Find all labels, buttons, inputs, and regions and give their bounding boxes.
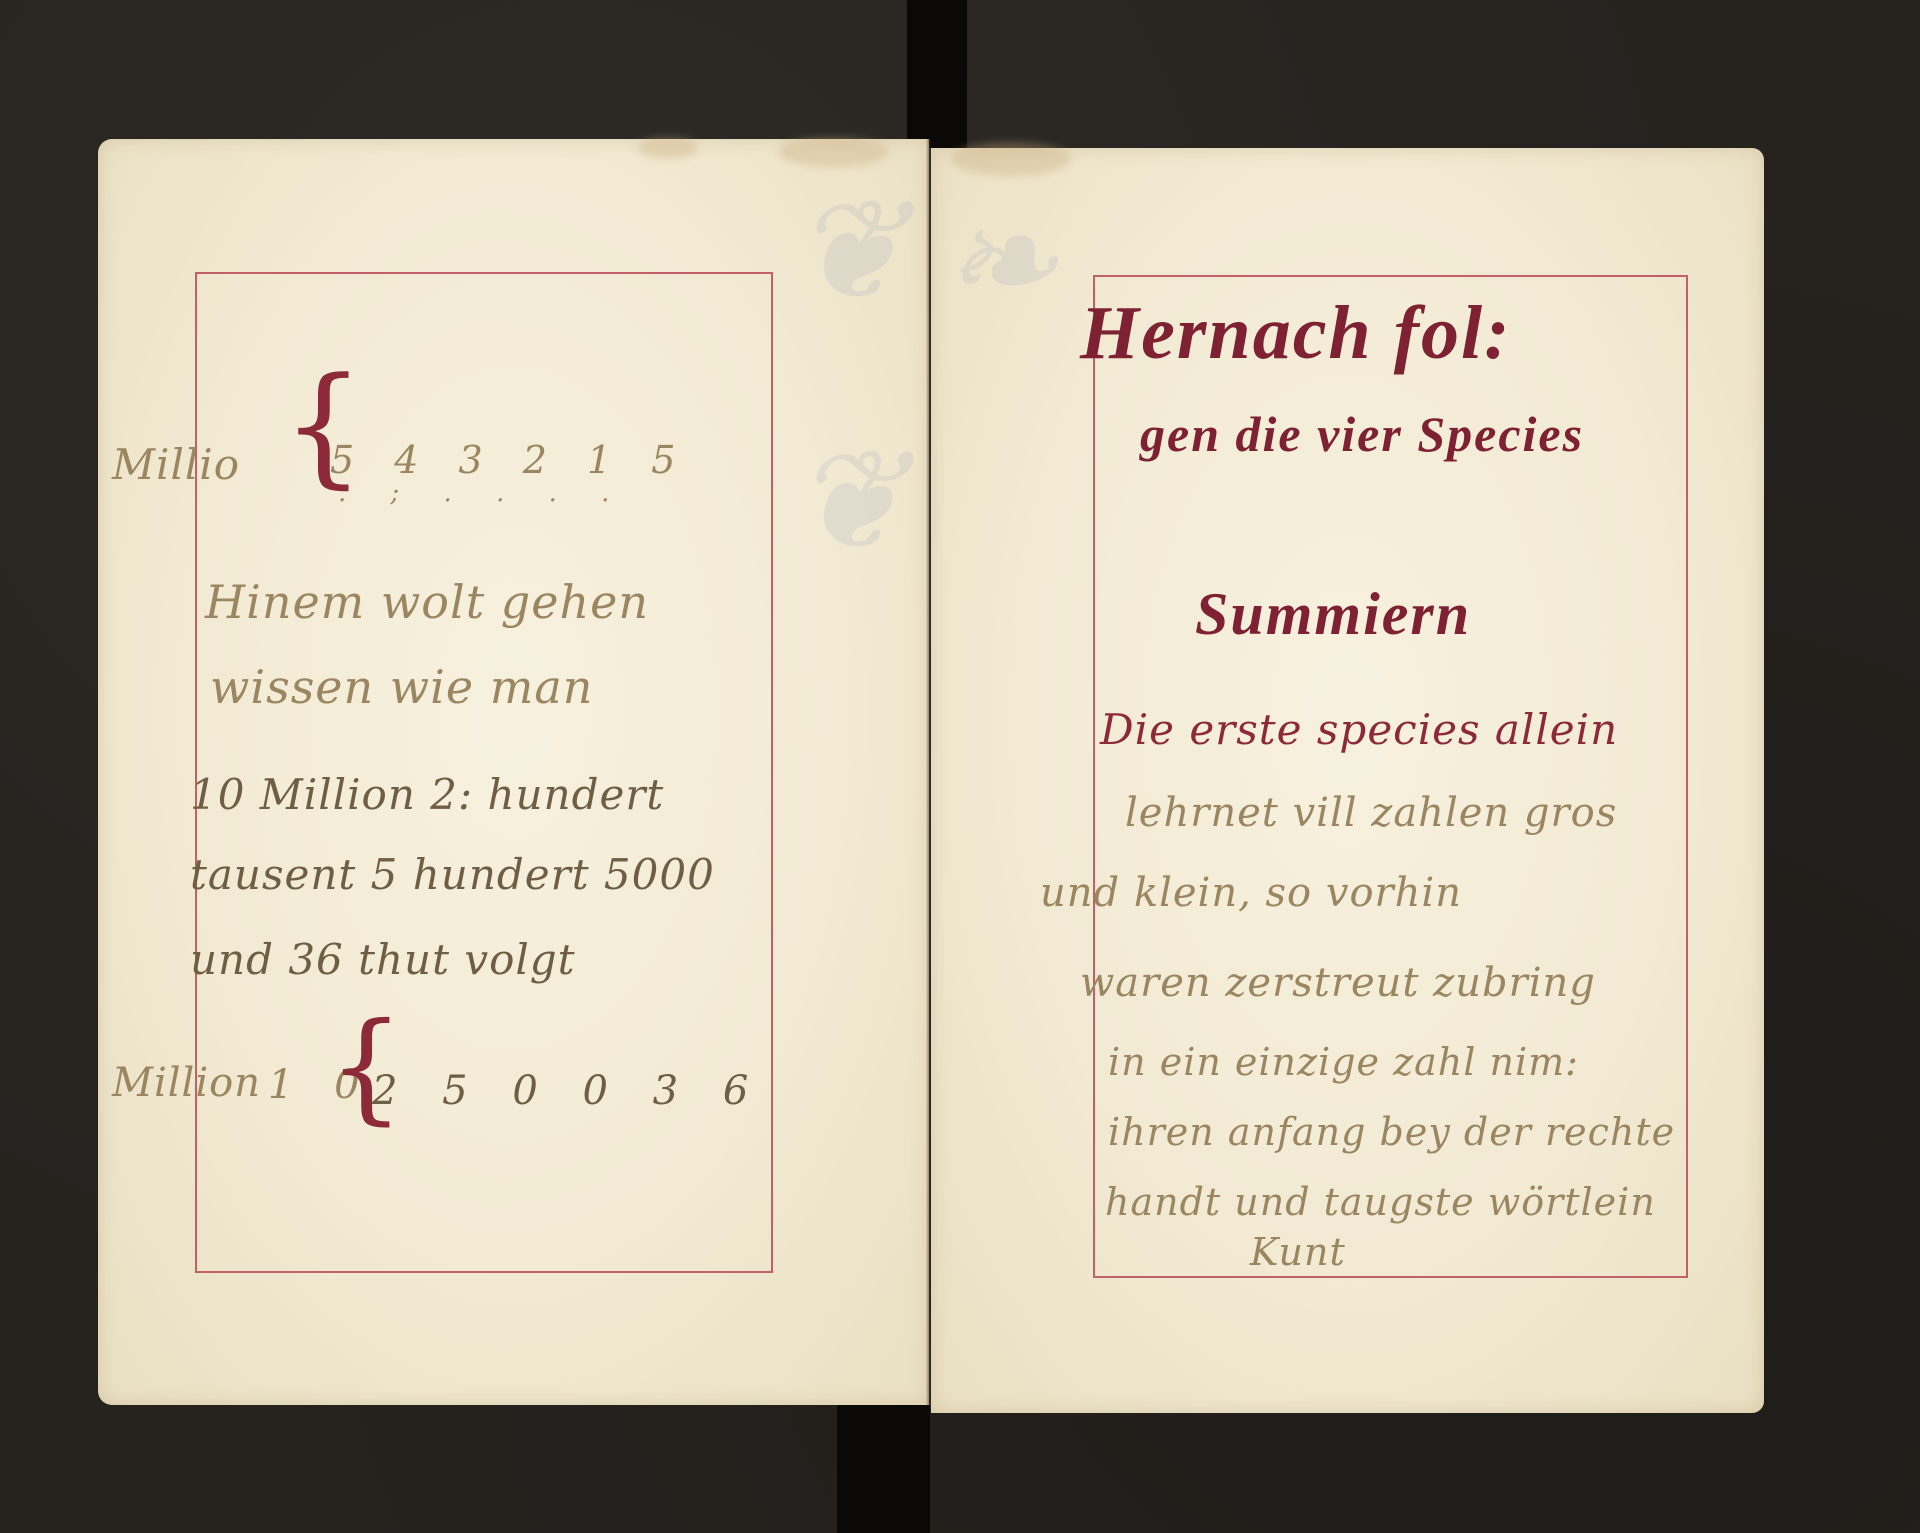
scan-background: ❦ ❧ ❦ Millio { 5 4 3 2 1 5 . ; . . . . H… [0, 0, 1920, 1533]
example-2-digits-low: 2 5 0 0 3 6 [372, 1068, 764, 1114]
heading-line-2: gen die vier Species [1140, 405, 1584, 463]
body-line: handt und taugste wörtlein [1105, 1180, 1656, 1224]
paragraph-line: tausent 5 hundert 5000 [190, 850, 715, 899]
example-1-label: Millio [112, 440, 240, 489]
example-1-place-dots: . ; . . . . [338, 478, 627, 508]
section-title: Summiern [1195, 580, 1471, 649]
paragraph-line: 10 Million 2: hundert [190, 770, 664, 819]
bleed-through-ornament: ❦ [790, 170, 907, 333]
book-gutter [926, 139, 931, 1409]
binding-clip-bottom [837, 1405, 930, 1533]
heading-line-1: Hernach fol: [1080, 290, 1511, 377]
body-line: in ein einzige zahl nim: [1108, 1040, 1579, 1084]
example-2-label: Million [112, 1060, 261, 1106]
stain [638, 137, 698, 159]
body-line: ihren anfang bey der rechte [1108, 1110, 1675, 1154]
stain [951, 142, 1071, 176]
stain [778, 137, 888, 167]
body-line: waren zerstreut zubring [1080, 960, 1596, 1006]
body-line: und klein, so vorhin [1040, 870, 1462, 916]
binding-clip-top [907, 0, 967, 148]
example-1-digits: 5 4 3 2 1 5 [330, 438, 689, 482]
body-line: Kunt [1250, 1230, 1346, 1274]
paragraph-line: wissen wie man [210, 660, 593, 714]
body-line: lehrnet vill zahlen gros [1125, 790, 1617, 836]
bleed-through-ornament: ❦ [790, 420, 907, 583]
paragraph-line: und 36 thut volgt [190, 935, 576, 984]
bleed-through-ornament: ❧ [940, 180, 1057, 343]
paragraph-line: Hinem wolt gehen [205, 575, 649, 629]
body-first-line: Die erste species allein [1100, 705, 1618, 754]
